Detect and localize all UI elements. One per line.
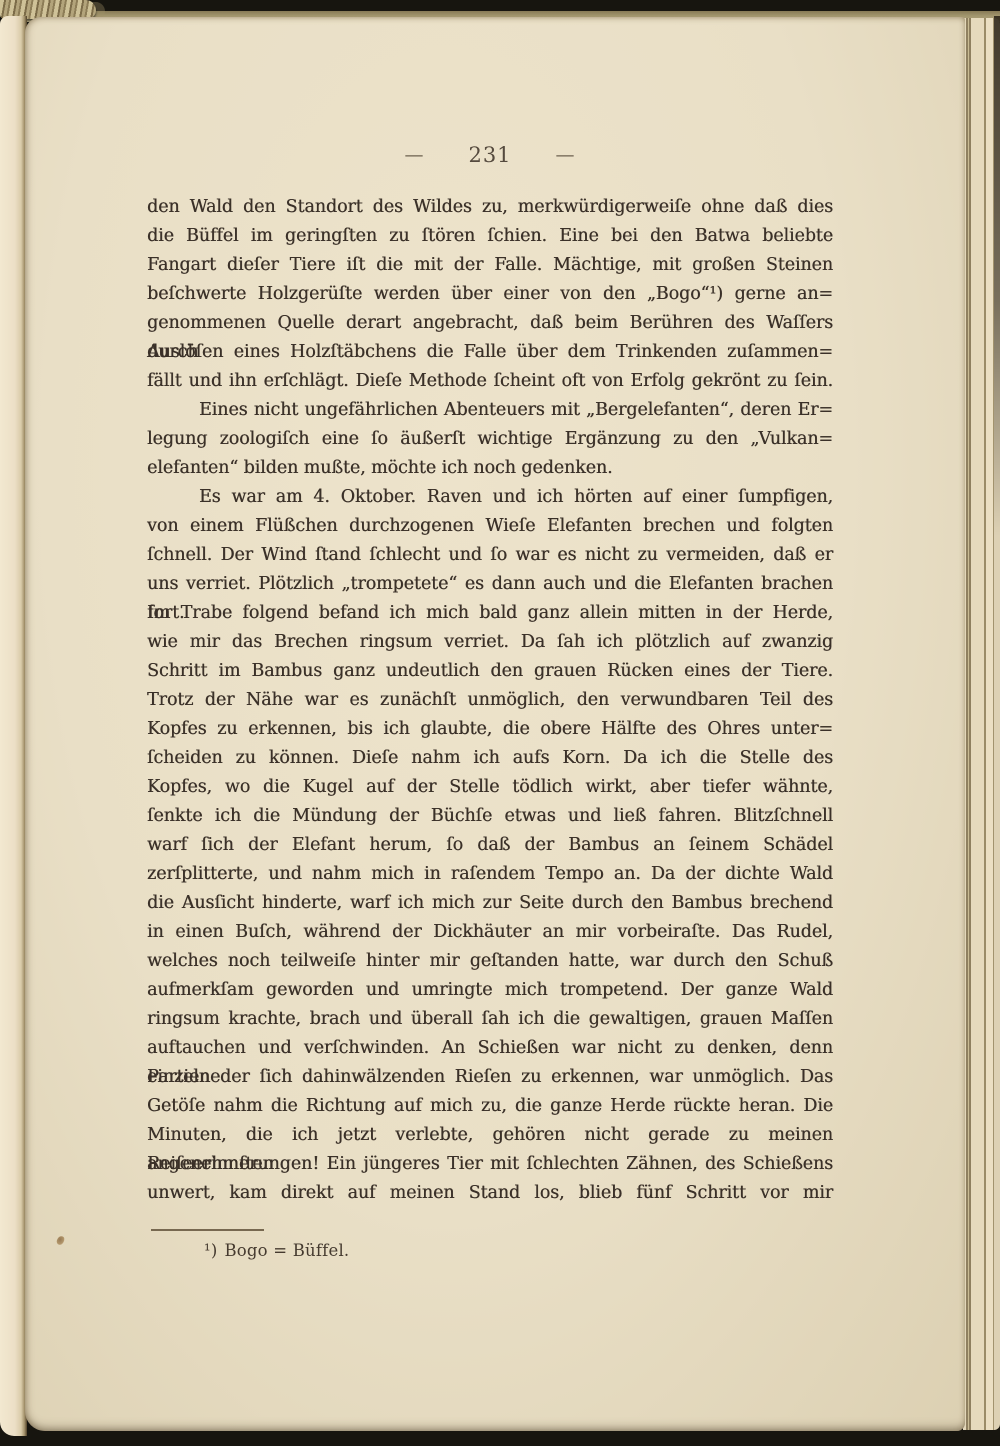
page-number: — 231 — [147, 143, 833, 167]
text-line: die Büffel im geringſten zu ſtören ſchie… [147, 222, 833, 251]
text-line: ſcheiden zu können. Dieſe nahm ich aufs … [147, 744, 833, 773]
facing-page-edge [0, 16, 27, 1436]
text-line: Eines nicht ungefährlichen Abenteuers mi… [147, 396, 833, 425]
text-line: uns verriet. Plötzlich „trompetete“ es d… [147, 570, 833, 599]
text-line: den Wald den Standort des Wildes zu, mer… [147, 193, 833, 222]
text-line: Kopfes, wo die Kugel auf der Stelle tödl… [147, 773, 833, 802]
book-scan: — 231 — den Wald den Standort des Wildes… [0, 0, 1000, 1446]
text-line: elefanten“ bilden mußte, möchte ich noch… [147, 454, 833, 483]
text-line: Fangart dieſer Tiere iſt die mit der Fal… [147, 251, 833, 280]
text-line: ſchnell. Der Wind ſtand ſchlecht und ſo … [147, 541, 833, 570]
cover-edge-shadow [994, 16, 1000, 536]
text-line: Kopfes zu erkennen, bis ich glaubte, die… [147, 715, 833, 744]
footnote-marker: ¹) [204, 1241, 217, 1260]
text-line: zerſplitterte, und nahm mich in raſendem… [147, 860, 833, 889]
text-line: Partien der ſich dahinwälzenden Rieſen z… [147, 1063, 833, 1092]
paper-blemish [56, 1235, 65, 1246]
text-line: auftauchen und verſchwinden. An Schießen… [147, 1034, 833, 1063]
text-line: fällt und ihn erſchlägt. Dieſe Methode ſ… [147, 367, 833, 396]
text-line: Schritt im Bambus ganz undeutlich den gr… [147, 657, 833, 686]
text-line: warf ſich der Elefant herum, ſo daß der … [147, 831, 833, 860]
text-line: legung zoologiſch eine ſo äußerſt wichti… [147, 425, 833, 454]
text-line: Im Trabe folgend befand ich mich bald ga… [147, 599, 833, 628]
text-line: unwert, kam direkt auf meinen Stand los,… [147, 1179, 833, 1208]
text-line: von einem Flüßchen durchzogenen Wieſe El… [147, 512, 833, 541]
text-line: welches noch teilweiſe hinter mir geſtan… [147, 947, 833, 976]
folio-number: 231 [468, 143, 511, 167]
text-line: genommenen Quelle derart angebracht, daß… [147, 309, 833, 338]
text-line: ringsum krachte, brach und überall ſah i… [147, 1005, 833, 1034]
folio-dash-left: — [404, 144, 424, 166]
book-page: — 231 — den Wald den Standort des Wildes… [25, 17, 965, 1431]
footnote-rule [151, 1229, 264, 1231]
text-line: Auslöſen eines Holzſtäbchens die Falle ü… [147, 338, 833, 367]
text-line: wie mir das Brechen ringsum verriet. Da … [147, 628, 833, 657]
text-line: Getöſe nahm die Richtung auf mich zu, di… [147, 1092, 833, 1121]
folio-dash-right: — [556, 144, 576, 166]
text-line: in einen Buſch, während der Dickhäuter a… [147, 918, 833, 947]
text-line: Trotz der Nähe war es zunächſt unmöglich… [147, 686, 833, 715]
text-line: aufmerkſam geworden und umringte mich tr… [147, 976, 833, 1005]
text-line: Reiſeerinnerungen! Ein jüngeres Tier mit… [147, 1150, 833, 1179]
footnote: ¹)Bogo = Büffel. [147, 1236, 833, 1265]
footnote-text: Bogo = Büffel. [224, 1241, 349, 1260]
text-line: beſchwerte Holzgerüſte werden über einer… [147, 280, 833, 309]
text-line: ſenkte ich die Mündung der Büchſe etwas … [147, 802, 833, 831]
body-text: den Wald den Standort des Wildes zu, mer… [147, 193, 833, 1265]
text-line: Minuten, die ich jetzt verlebte, gehören… [147, 1121, 833, 1150]
text-line: die Ausſicht hinderte, warf ich mich zur… [147, 889, 833, 918]
text-line: Es war am 4. Oktober. Raven und ich hört… [147, 483, 833, 512]
